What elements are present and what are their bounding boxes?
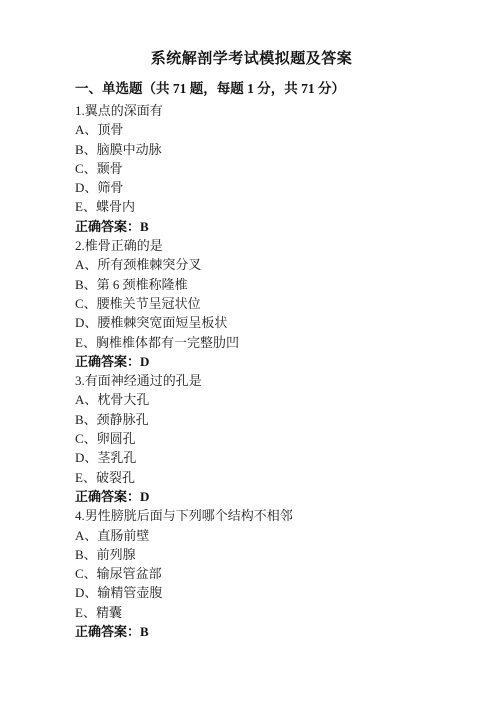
question-option-d: D、茎乳孔 xyxy=(75,448,428,467)
question-option-d: D、筛骨 xyxy=(75,178,428,197)
question-option-c: C、卵圆孔 xyxy=(75,429,428,448)
question-option-e: E、蝶骨内 xyxy=(75,197,428,216)
answer-line: 正确答案：B xyxy=(75,622,428,641)
question-block-2: 2.椎骨正确的是 A、所有颈椎棘突分叉 B、第 6 颈椎称隆椎 C、腰椎关节呈冠… xyxy=(75,236,428,371)
question-option-b: B、前列腺 xyxy=(75,545,428,564)
question-stem: 2.椎骨正确的是 xyxy=(75,236,428,255)
answer-value: D xyxy=(140,354,149,369)
question-option-c: C、输尿管盆部 xyxy=(75,564,428,583)
question-option-c: C、颞骨 xyxy=(75,159,428,178)
question-option-e: E、破裂孔 xyxy=(75,468,428,487)
question-option-b: B、脑膜中动脉 xyxy=(75,140,428,159)
answer-label: 正确答案： xyxy=(75,219,140,234)
question-option-d: D、输精管壶腹 xyxy=(75,583,428,602)
question-option-a: A、顶骨 xyxy=(75,120,428,139)
question-option-d: D、腰椎棘突宽面短呈板状 xyxy=(75,313,428,332)
question-option-e: E、精囊 xyxy=(75,603,428,622)
question-option-e: E、胸椎椎体都有一完整肋凹 xyxy=(75,333,428,352)
question-option-c: C、腰椎关节呈冠状位 xyxy=(75,294,428,313)
answer-label: 正确答案： xyxy=(75,354,140,369)
document-title: 系统解剖学考试模拟题及答案 xyxy=(75,48,428,70)
answer-value: B xyxy=(140,624,149,639)
question-option-b: B、第 6 颈椎称隆椎 xyxy=(75,275,428,294)
answer-line: 正确答案：D xyxy=(75,487,428,506)
question-stem: 1.翼点的深面有 xyxy=(75,101,428,120)
question-option-a: A、枕骨大孔 xyxy=(75,390,428,409)
question-block-4: 4.男性膀胱后面与下列哪个结构不相邻 A、直肠前壁 B、前列腺 C、输尿管盆部 … xyxy=(75,506,428,641)
question-stem: 3.有面神经通过的孔是 xyxy=(75,371,428,390)
answer-value: D xyxy=(140,489,149,504)
answer-label: 正确答案： xyxy=(75,624,140,639)
question-block-1: 1.翼点的深面有 A、顶骨 B、脑膜中动脉 C、颞骨 D、筛骨 E、蝶骨内 正确… xyxy=(75,101,428,236)
question-option-b: B、颈静脉孔 xyxy=(75,410,428,429)
exam-document-page: 系统解剖学考试模拟题及答案 一、单选题（共 71 题，每题 1 分，共 71 分… xyxy=(0,0,500,707)
answer-value: B xyxy=(140,219,149,234)
answer-line: 正确答案：D xyxy=(75,352,428,371)
answer-line: 正确答案：B xyxy=(75,217,428,236)
question-block-3: 3.有面神经通过的孔是 A、枕骨大孔 B、颈静脉孔 C、卵圆孔 D、茎乳孔 E、… xyxy=(75,371,428,506)
question-option-a: A、所有颈椎棘突分叉 xyxy=(75,255,428,274)
question-option-a: A、直肠前壁 xyxy=(75,526,428,545)
answer-label: 正确答案： xyxy=(75,489,140,504)
question-stem: 4.男性膀胱后面与下列哪个结构不相邻 xyxy=(75,506,428,525)
section-heading: 一、单选题（共 71 题，每题 1 分，共 71 分） xyxy=(75,79,428,99)
